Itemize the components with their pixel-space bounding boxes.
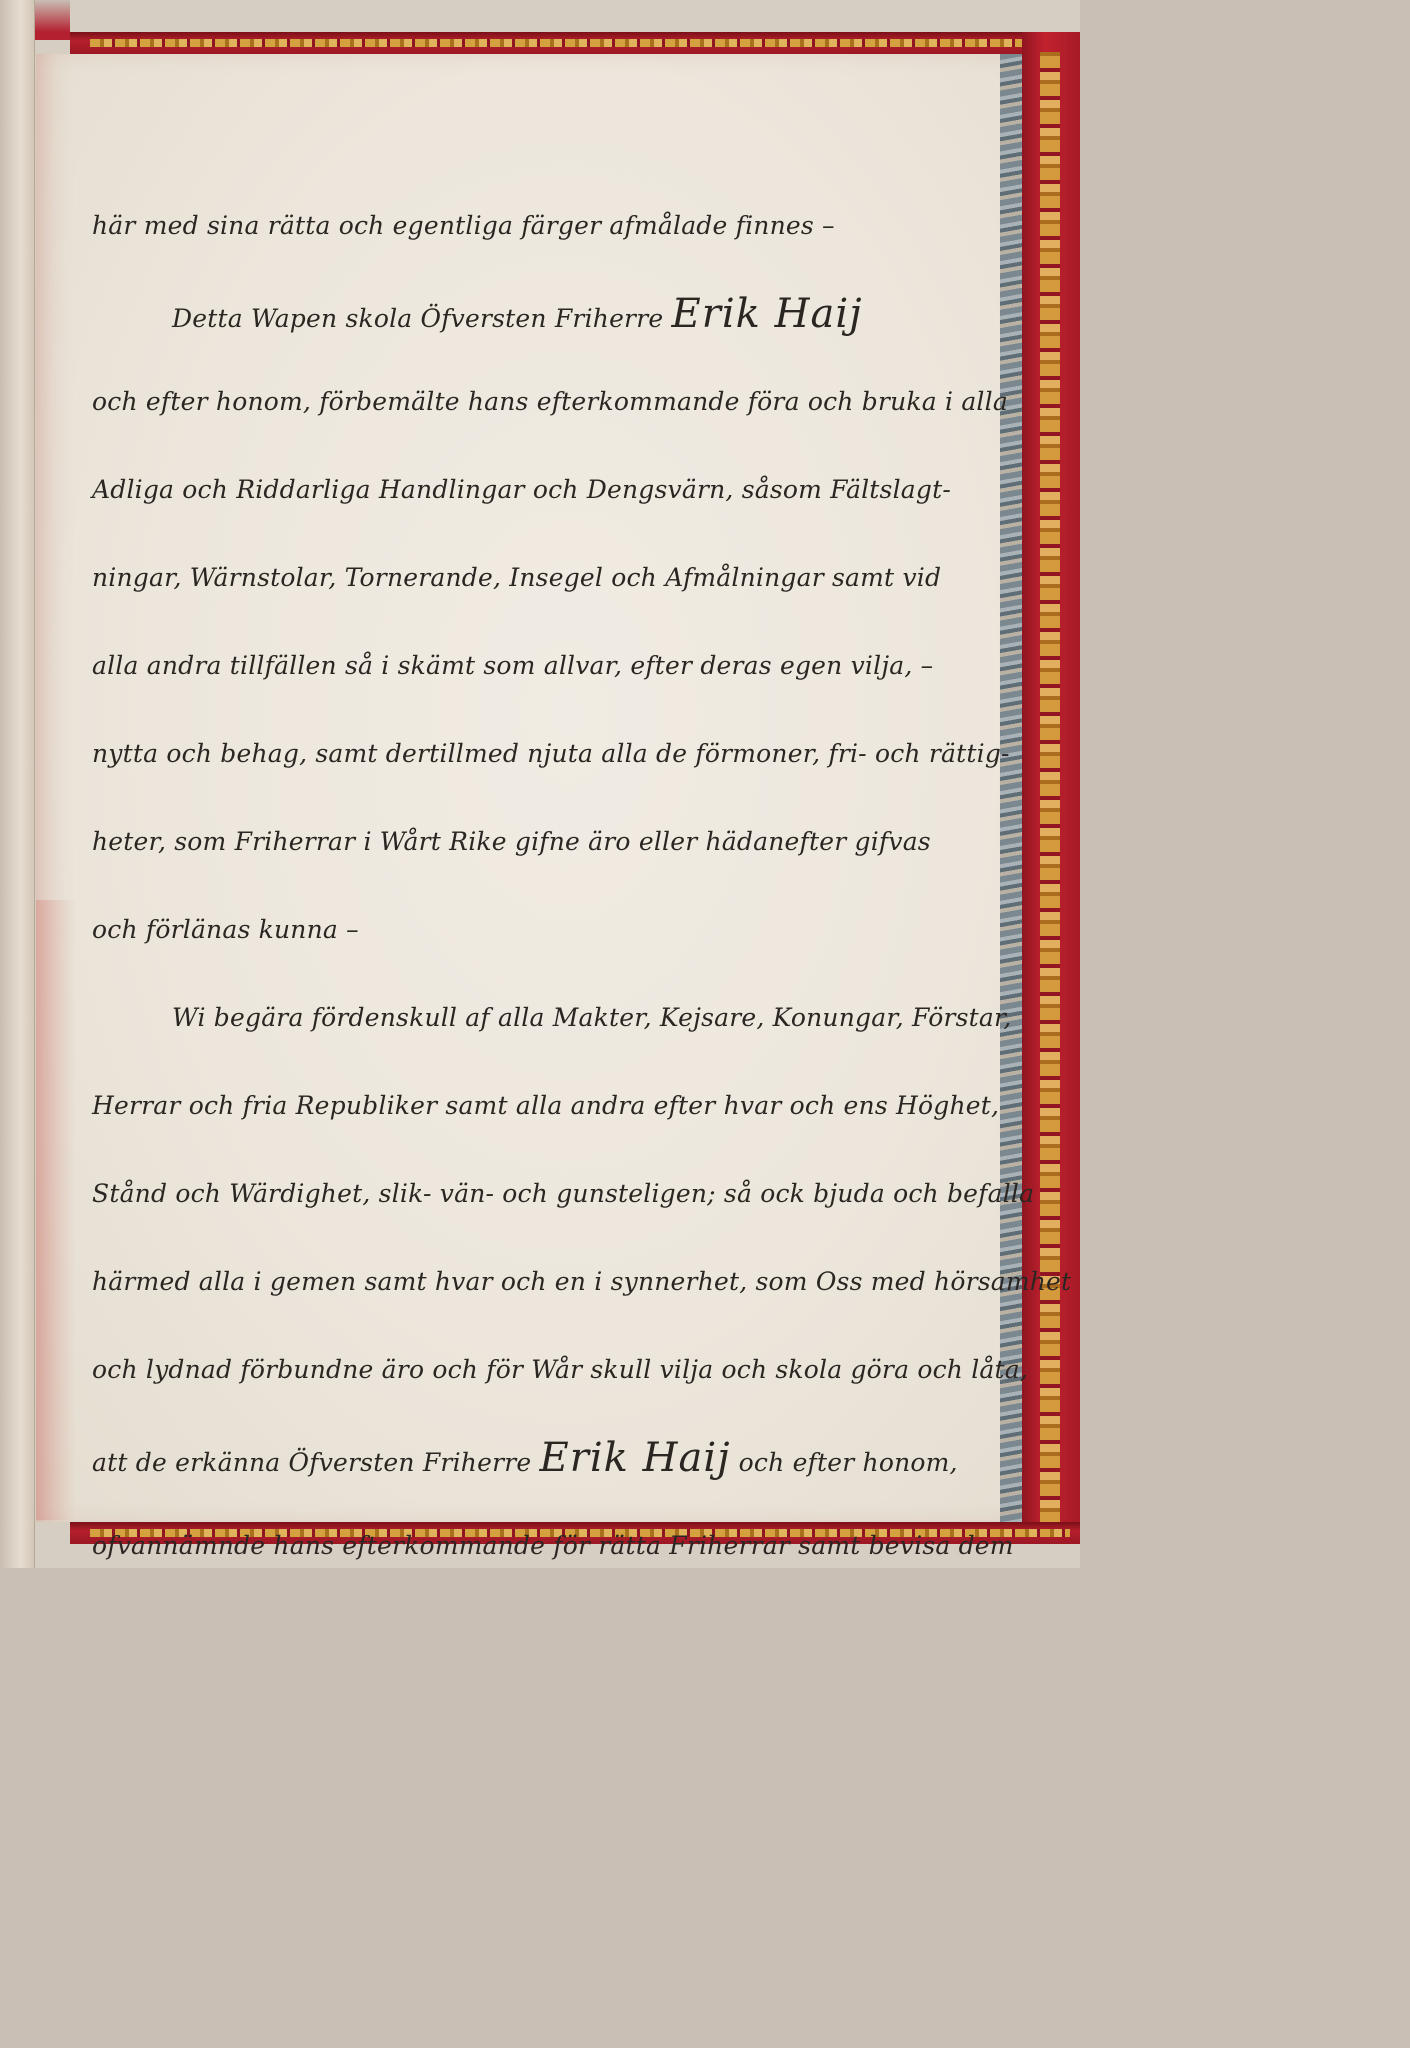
text-line-9: och förlänas kunna – bbox=[92, 886, 892, 974]
grantee-name: Erik Haij bbox=[672, 291, 863, 337]
gilt-binding-right-border bbox=[1022, 32, 1080, 1544]
text-line-12: Stånd och Wärdighet, slik- vän- och guns… bbox=[92, 1150, 892, 1238]
text-line-4: Adliga och Riddarliga Handlingar och Den… bbox=[92, 446, 892, 534]
grantee-name-2: Erik Haij bbox=[540, 1435, 731, 1481]
gilt-binding-top-border bbox=[70, 32, 1080, 54]
manuscript-text: här med sina rätta och egentliga färger … bbox=[92, 182, 892, 1568]
text-line-8: heter, som Friherrar i Wårt Rike gifne ä… bbox=[92, 798, 892, 886]
text-line-11: Herrar och fria Republiker samt alla and… bbox=[92, 1062, 892, 1150]
text-line-2: Detta Wapen skola Öfversten Friherre Eri… bbox=[92, 270, 892, 358]
text-line-7: nytta och behag, samt dertillmed njuta a… bbox=[92, 710, 892, 798]
text-line-3: och efter honom, förbemälte hans efterko… bbox=[92, 358, 892, 446]
text-line-5: ningar, Wärnstolar, Tornerande, Insegel … bbox=[92, 534, 892, 622]
red-gutter-stain bbox=[36, 900, 76, 1520]
text-line-15: att de erkänna Öfversten Friherre Erik H… bbox=[92, 1414, 892, 1502]
text-line-15-pre: att de erkänna Öfversten Friherre bbox=[92, 1448, 540, 1477]
marbled-endpaper bbox=[1000, 54, 1022, 1522]
text-line-2-pre: Detta Wapen skola Öfversten Friherre bbox=[172, 304, 672, 333]
facing-page-edge bbox=[0, 0, 35, 1568]
text-line-16: ofvannämnde hans efterkommande för rätta… bbox=[92, 1502, 892, 1568]
text-line-6: alla andra tillfällen så i skämt som all… bbox=[92, 622, 892, 710]
text-line-14: och lydnad förbundne äro och för Wår sku… bbox=[92, 1326, 892, 1414]
text-line-15-post: och efter honom, bbox=[731, 1448, 958, 1477]
text-line-1: här med sina rätta och egentliga färger … bbox=[92, 182, 892, 270]
book-spread: här med sina rätta och egentliga färger … bbox=[0, 0, 1080, 1568]
text-line-10: Wi begära fördenskull af alla Makter, Ke… bbox=[92, 974, 892, 1062]
text-line-13: härmed alla i gemen samt hvar och en i s… bbox=[92, 1238, 892, 1326]
